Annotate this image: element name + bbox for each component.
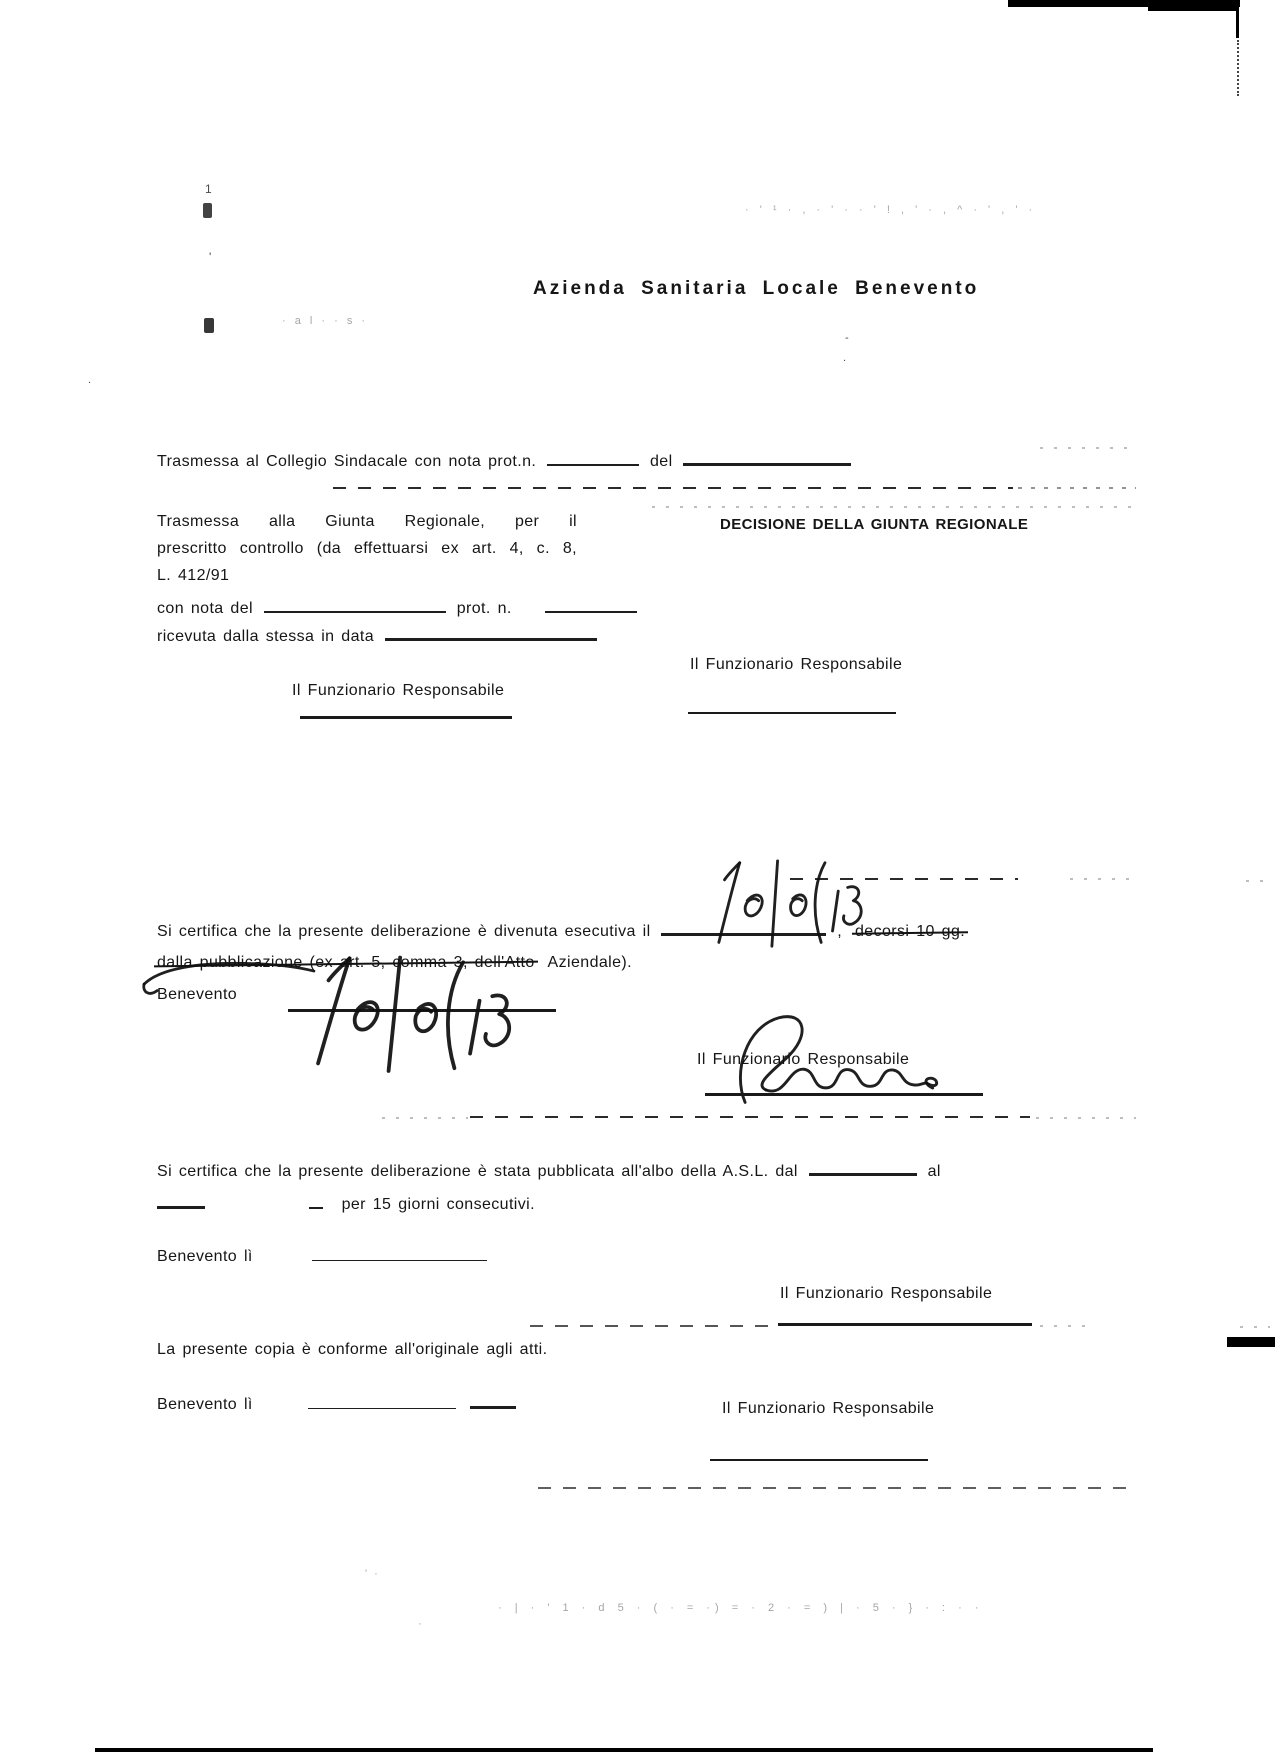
giunta-con-nota-text: con nota del	[157, 600, 253, 617]
scan-speck-one: 1	[205, 182, 212, 196]
dashed-separator-1	[333, 487, 1013, 489]
signature-line-4-far-dots	[1240, 1326, 1270, 1328]
giunta-paragraph-line2: prescritto controllo (da effettuarsi ex …	[157, 539, 577, 558]
decisione-title: DECISIONE DELLA GIUNTA REGIONALE	[720, 516, 1028, 534]
benevento-li-label-1: Benevento lì	[157, 1248, 253, 1265]
benevento-li-line-2: Benevento lì	[157, 1393, 520, 1414]
giunta-ricevuta-text: ricevuta dalla stessa in data	[157, 628, 374, 645]
collegio-del-label: del	[650, 453, 673, 470]
signature-line-4-dots	[1040, 1325, 1090, 1327]
scan-artifact-right-bar	[1227, 1337, 1275, 1347]
blank-benevento-date-2b	[470, 1393, 516, 1409]
esecutiva-text-1: Si certifica che la presente deliberazio…	[157, 923, 651, 940]
scan-top-right-smudge: · ' ¹ · , · ' · · ' ! , ' · , ^ · ' , ' …	[745, 204, 1185, 216]
funzionario-label-2: Il Funzionario Responsabile	[292, 681, 504, 700]
scan-speck-blob-mid	[204, 318, 214, 333]
giunta-ricevuta-line: ricevuta dalla stessa in data	[157, 625, 601, 646]
scan-margin-smudge: · a l · · s ·	[282, 315, 368, 327]
scan-speck-tick: '	[209, 250, 211, 264]
scan-speck-left-dot: .	[88, 374, 91, 386]
signature-line-1	[688, 712, 896, 714]
blank-ricevuta-date	[385, 625, 597, 641]
signature-line-2	[300, 716, 512, 719]
scan-dash-remnant-decisione	[652, 506, 1134, 508]
scanned-document-page: 1 ' · a l · · s · · ' ¹ · , · ' · · ' ! …	[0, 0, 1275, 1755]
signature-line-4-dashed	[530, 1325, 778, 1327]
scan-speck-dash: -	[845, 332, 849, 344]
handwritten-date-benevento	[290, 944, 535, 1087]
benevento-li-line-1: Benevento lì	[157, 1247, 491, 1266]
dashed-separator-1-tail	[1018, 487, 1136, 489]
pubblicata-line-2: per 15 giorni consecutivi.	[157, 1193, 535, 1214]
pubblicata-al-label: al	[928, 1163, 941, 1180]
scan-dash-remnant-tr	[1040, 447, 1135, 449]
conforme-text: La presente copia è conforme all'origina…	[157, 1340, 547, 1359]
collegio-text: Trasmessa al Collegio Sindacale con nota…	[157, 453, 536, 470]
giunta-nota-line: con nota del prot. n.	[157, 598, 641, 618]
esecutiva-text-2: Aziendale).	[548, 954, 632, 971]
signature-line-5	[710, 1459, 928, 1461]
funzionario-label-4: Il Funzionario Responsabile	[780, 1284, 992, 1303]
scan-dash-remnant-esecutiva-2	[1070, 878, 1136, 880]
signature-line-3	[705, 1093, 983, 1096]
giunta-prot-n-text: prot. n.	[457, 600, 512, 617]
scan-speck-dot: .	[843, 352, 846, 364]
blank-nota-date	[264, 598, 446, 613]
dashed-separator-2	[470, 1116, 1030, 1118]
benevento-li-label-2: Benevento lì	[157, 1396, 253, 1413]
scan-artifact-bottom-line	[95, 1748, 1153, 1752]
scan-speck-blob-top	[203, 203, 212, 218]
scan-dash-remnant-esecutiva-3	[1246, 880, 1268, 882]
spacer	[216, 1208, 298, 1209]
collegio-line: Trasmessa al Collegio Sindacale con nota…	[157, 450, 855, 471]
giunta-paragraph-line3: L. 412/91	[157, 566, 577, 585]
pubblicata-text-1: Si certifica che la presente deliberazio…	[157, 1163, 798, 1180]
scan-footer-comma: ·	[418, 1618, 426, 1630]
page-title: Azienda Sanitaria Locale Benevento	[533, 278, 979, 301]
handwritten-signature	[724, 1001, 979, 1108]
blank-short-mark	[309, 1194, 323, 1209]
dashed-separator-3	[538, 1487, 1128, 1489]
blank-nota-prot	[545, 598, 637, 613]
funzionario-label-5: Il Funzionario Responsabile	[722, 1399, 934, 1418]
funzionario-label-1: Il Funzionario Responsabile	[690, 655, 902, 674]
dashed-separator-2-right	[1036, 1117, 1136, 1119]
blank-pubblicata-dal	[809, 1160, 917, 1176]
scan-artifact-top-streak-thick	[1148, 0, 1238, 11]
blank-pubblicata-al-date	[157, 1193, 205, 1209]
blank-benevento-date-1	[312, 1247, 487, 1261]
pubblicata-text-2: per 15 giorni consecutivi.	[342, 1196, 535, 1213]
signature-line-4	[778, 1323, 1032, 1326]
scan-artifact-corner-dotted	[1237, 40, 1239, 96]
pubblicata-line-1: Si certifica che la presente deliberazio…	[157, 1160, 941, 1181]
dashed-separator-2-left	[382, 1117, 468, 1119]
benevento-label-1: Benevento	[157, 985, 237, 1004]
handwritten-date-esecutiva	[698, 858, 878, 950]
giunta-paragraph-line1: Trasmessa alla Giunta Regionale, per il	[157, 512, 577, 531]
scan-artifact-corner-tick	[1236, 7, 1239, 38]
scan-footer-smudge: · | · ' 1 · d 5 · ( · = ·) = · 2 · = ) |…	[498, 1602, 984, 1614]
scan-speck-bottom-tick: ' ·	[365, 1568, 380, 1580]
blank-benevento-date-2a	[308, 1395, 456, 1409]
blank-del-date	[683, 450, 851, 466]
blank-prot-n	[547, 451, 639, 466]
